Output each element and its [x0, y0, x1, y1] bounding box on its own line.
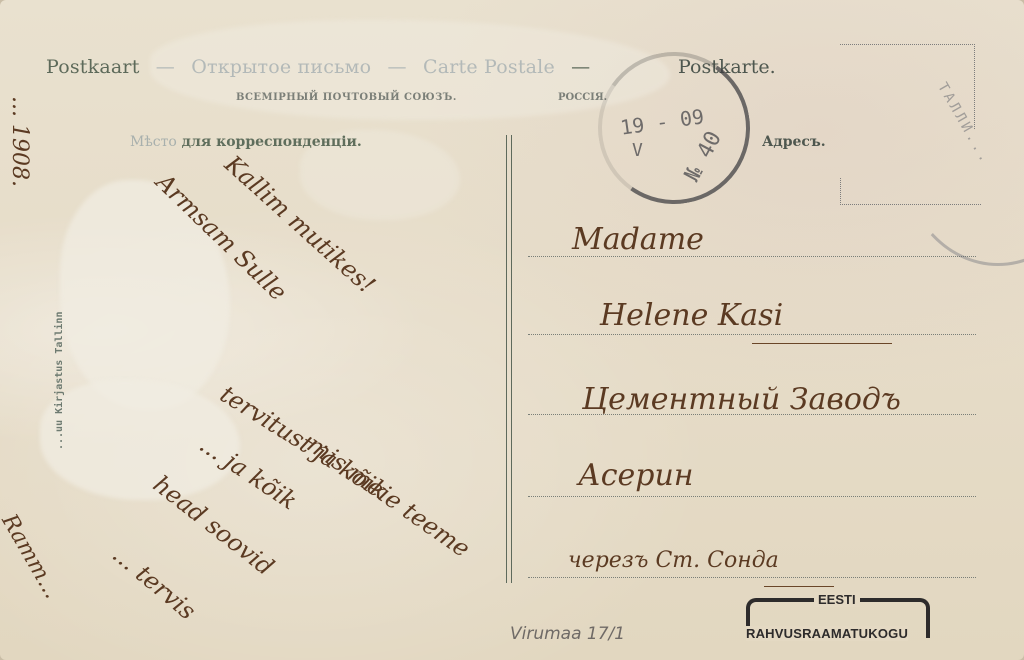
- country-label: РОССIЯ.: [558, 92, 607, 103]
- union-line: ВСЕМIРНЫЙ ПОЧТОВЫЙ СОЮЗЪ.: [236, 92, 457, 103]
- address-line-2: Helene Kasi: [600, 298, 783, 333]
- header-separator: —: [388, 56, 407, 78]
- message-line: mis meie teeme: [302, 430, 475, 563]
- postmark-month: V: [632, 140, 643, 161]
- header-russian: Открытое письмо: [191, 56, 371, 78]
- printer-imprint: ...uu Kirjastus Tallinn: [54, 312, 65, 450]
- address-line-3: Цементный Заводъ: [582, 382, 901, 417]
- margin-writing: Ramm...: [0, 510, 64, 603]
- address-label: Адресъ.: [762, 134, 826, 150]
- correspondence-label: Мѣсто для корреспонденцiи.: [130, 134, 362, 150]
- address-line-1: Madame: [572, 222, 704, 257]
- address-underline: [752, 343, 892, 344]
- library-stamp-name: RAHVUSRAAMATUKOGU: [746, 626, 908, 641]
- header-estonian: Postkaart: [46, 56, 140, 78]
- address-line-5: черезъ Ст. Сонда: [568, 548, 779, 573]
- address-line: [528, 577, 976, 578]
- address-underline: [764, 586, 834, 587]
- address-line: [528, 496, 976, 497]
- center-divider: [506, 135, 512, 583]
- margin-writing: ... 1908.: [7, 96, 32, 187]
- header-separator: —: [571, 56, 590, 78]
- address-line-4: Асерин: [578, 458, 694, 493]
- header-french: Carte Postale: [423, 56, 555, 78]
- pencil-note: Virumaa 17/1: [510, 624, 625, 644]
- message-line: ... tervis: [107, 540, 201, 625]
- header-line: Postkaart — Открытое письмо — Carte Post…: [46, 56, 600, 78]
- header-separator: —: [156, 56, 175, 78]
- address-line: [528, 334, 976, 335]
- library-stamp-top: EESTI: [814, 592, 860, 607]
- postcard: Postkaart — Открытое письмо — Carte Post…: [0, 0, 1024, 660]
